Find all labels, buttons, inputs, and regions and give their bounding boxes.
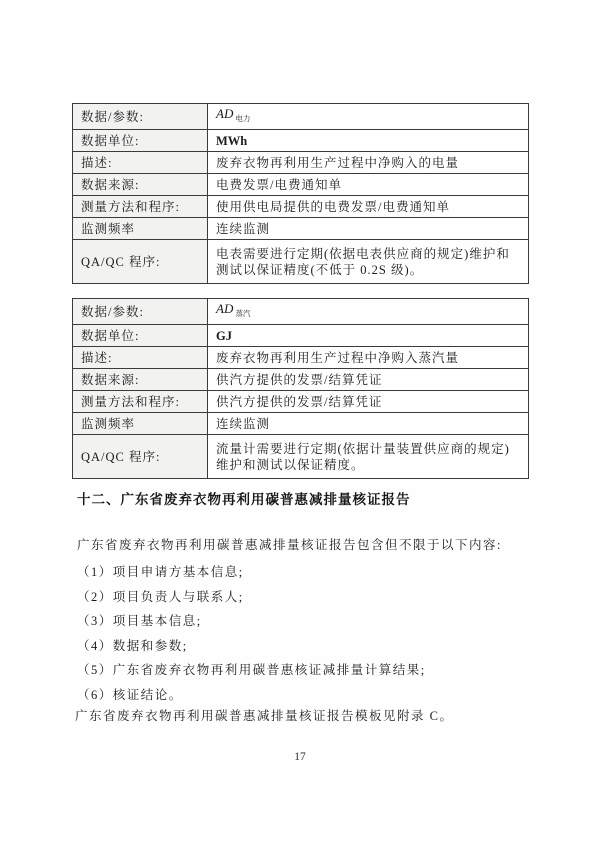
table-row: 监测频率 连续监测 [73, 413, 529, 435]
parameter-subscript: 电力 [235, 114, 250, 123]
table-row: QA/QC 程序: 电表需要进行定期(依据电表供应商的规定)维护和测试以保证精度… [73, 240, 529, 284]
list-item: （4）数据和参数; [77, 634, 529, 659]
table-row: 测量方法和程序: 使用供电局提供的电费发票/电费通知单 [73, 196, 529, 218]
unit-value: GJ [216, 329, 232, 343]
row-value: 供汽方提供的发票/结算凭证 [208, 391, 529, 413]
table-row: 数据/参数: AD蒸汽 [73, 299, 529, 325]
row-label: 监测频率 [73, 218, 208, 240]
table-row: 监测频率 连续监测 [73, 218, 529, 240]
row-value: 废弃衣物再利用生产过程中净购入蒸汽量 [208, 347, 529, 369]
table-row: QA/QC 程序: 流量计需要进行定期(依据计量装置供应商的规定)维护和测试以保… [73, 435, 529, 479]
table-row: 数据单位: GJ [73, 325, 529, 347]
row-value: AD电力 [208, 104, 529, 130]
row-label: 数据/参数: [73, 104, 208, 130]
section-12: 十二、广东省废弃衣物再利用碳普惠减排量核证报告 广东省废弃衣物再利用碳普惠减排量… [77, 488, 529, 725]
list-item: （5）广东省废弃衣物再利用碳普惠核证减排量计算结果; [77, 658, 529, 683]
row-label: QA/QC 程序: [73, 240, 208, 284]
page-number: 17 [0, 751, 600, 763]
row-label: 数据来源: [73, 369, 208, 391]
row-label: 描述: [73, 152, 208, 174]
list-item: （3）项目基本信息; [77, 609, 529, 634]
row-label: 数据单位: [73, 325, 208, 347]
section-heading: 十二、广东省废弃衣物再利用碳普惠减排量核证报告 [77, 488, 529, 508]
row-value: 连续监测 [208, 218, 529, 240]
parameter-symbol: AD [216, 106, 233, 121]
row-value: 供汽方提供的发票/结算凭证 [208, 369, 529, 391]
row-label: QA/QC 程序: [73, 435, 208, 479]
row-value: 流量计需要进行定期(依据计量装置供应商的规定)维护和测试以保证精度。 [208, 435, 529, 479]
list-item: （1）项目申请方基本信息; [77, 560, 529, 585]
parameter-subscript: 蒸汽 [235, 309, 250, 318]
unit-value: MWh [216, 134, 247, 148]
table-row: 数据单位: MWh [73, 130, 529, 152]
row-label: 数据来源: [73, 174, 208, 196]
document-page: 数据/参数: AD电力 数据单位: MWh 描述: 废弃衣物再利用生产过程中净购… [0, 0, 600, 848]
row-value: 电表需要进行定期(依据电表供应商的规定)维护和测试以保证精度(不低于 0.2S … [208, 240, 529, 284]
list-item: （2）项目负责人与联系人; [77, 585, 529, 610]
row-label: 描述: [73, 347, 208, 369]
parameter-table-steam: 数据/参数: AD蒸汽 数据单位: GJ 描述: 废弃衣物再利用生产过程中净购入… [72, 298, 529, 479]
row-label: 监测频率 [73, 413, 208, 435]
table-row: 数据来源: 电费发票/电费通知单 [73, 174, 529, 196]
row-value: 使用供电局提供的电费发票/电费通知单 [208, 196, 529, 218]
row-label: 测量方法和程序: [73, 391, 208, 413]
table-row: 测量方法和程序: 供汽方提供的发票/结算凭证 [73, 391, 529, 413]
row-label: 数据/参数: [73, 299, 208, 325]
table-row: 描述: 废弃衣物再利用生产过程中净购入蒸汽量 [73, 347, 529, 369]
table-row: 描述: 废弃衣物再利用生产过程中净购入的电量 [73, 152, 529, 174]
row-value: 废弃衣物再利用生产过程中净购入的电量 [208, 152, 529, 174]
row-label: 测量方法和程序: [73, 196, 208, 218]
row-value: AD蒸汽 [208, 299, 529, 325]
parameter-symbol: AD [216, 301, 233, 316]
row-value: 电费发票/电费通知单 [208, 174, 529, 196]
table-row: 数据/参数: AD电力 [73, 104, 529, 130]
row-value: MWh [208, 130, 529, 152]
list-item: （6）核证结论。 [77, 683, 529, 708]
row-value: 连续监测 [208, 413, 529, 435]
table-row: 数据来源: 供汽方提供的发票/结算凭证 [73, 369, 529, 391]
section-closing: 广东省废弃衣物再利用碳普惠减排量核证报告模板见附录 C。 [75, 708, 529, 725]
row-value: GJ [208, 325, 529, 347]
row-label: 数据单位: [73, 130, 208, 152]
parameter-table-electricity: 数据/参数: AD电力 数据单位: MWh 描述: 废弃衣物再利用生产过程中净购… [72, 103, 529, 284]
section-intro: 广东省废弃衣物再利用碳普惠减排量核证报告包含但不限于以下内容: [77, 537, 529, 554]
